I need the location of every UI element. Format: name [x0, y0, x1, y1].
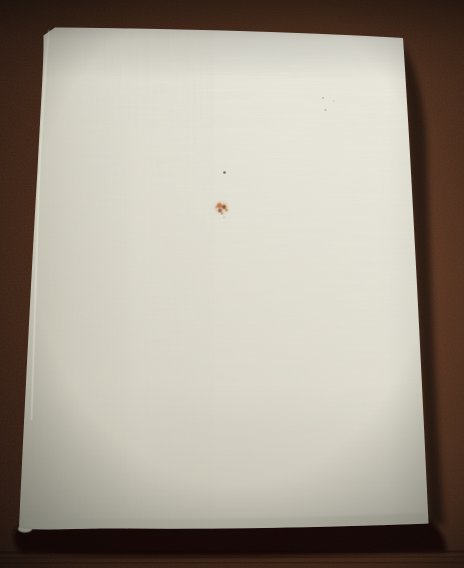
photo-frame [0, 0, 464, 568]
book-photo [0, 0, 464, 568]
photo-grain-overlay [0, 0, 464, 568]
